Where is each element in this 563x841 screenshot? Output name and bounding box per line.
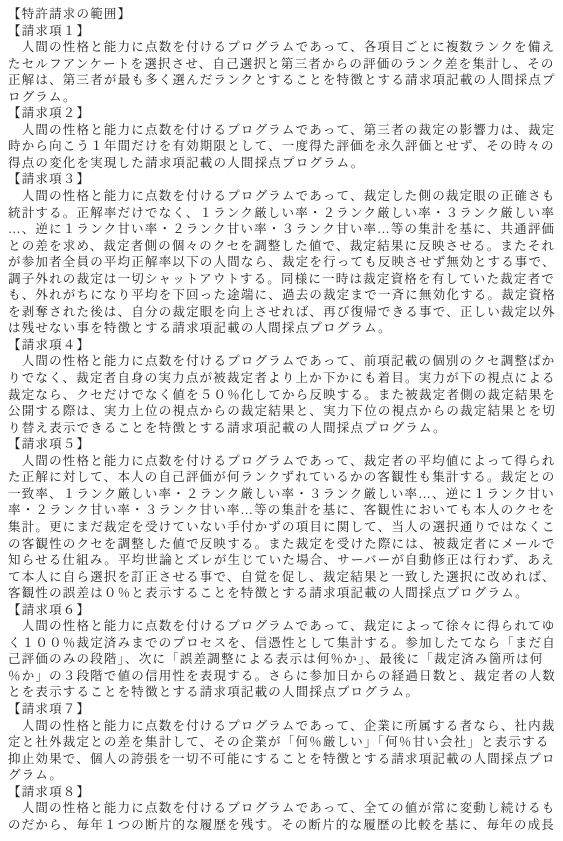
document-title: 【特許請求の範囲】 <box>8 6 556 23</box>
claim-body-line: たセルフアンケートを選択させ、自己選択と第三者からの評価のランク差を集計し、その <box>8 56 556 73</box>
claim-body-line: く１００％裁定済みまでのプロセスを、信憑性として集計する。参加したてなら「まだ自 <box>8 635 556 652</box>
claim-body-line: 集計。更にまだ裁定を受けていない手付かずの項目に関して、当人の選択通りではなくこ <box>8 519 556 536</box>
claim-body-line: 知らせる仕組み。平均世論とズレが生じていた場合、サーバーが自動修正は行わず、あえ <box>8 552 556 569</box>
claim-body-line: 人間の性格と能力に点数を付けるプログラムであって、裁定者の平均値によって得られ <box>8 453 556 470</box>
claim-body-line: 裁定なら、クセだけでなく値を５０％化してから反映する。また被裁定者側の裁定結果を <box>8 387 556 404</box>
claim-body-line: とを表示することを特徴とする請求項記載の人間採点プログラム。 <box>8 684 556 701</box>
claims-list: 【請求項１】 人間の性格と能力に点数を付けるプログラムであって、各項目ごとに複数… <box>8 23 556 834</box>
claim-body-line: は残せない事を特徴とする請求項記載の人間採点プログラム。 <box>8 320 556 337</box>
claim-body-line: り替え表示できることを特徴とする請求項記載の人間採点プログラム。 <box>8 420 556 437</box>
claim-body-line: 公開する際は、実力上位の視点からの裁定結果と、実力下位の視点からの裁定結果とを切 <box>8 403 556 420</box>
claim-body-line: 正解は、第三者が最も多く選んだランクとすることを特徴とする請求項記載の人間採点プ <box>8 72 556 89</box>
claim-body-line: ％か」の３段階で値の信用性を表現する。さらに参加日からの経過日数と、裁定者の人数 <box>8 668 556 685</box>
claim-body-line: のだから、毎年１つの断片的な履歴を残す。その断片的な履歴の比較を基に、毎年の成長 <box>8 817 556 834</box>
claim-body-line: た正解に対して、本人の自己評価が何ランクずれているかの客観性も集計する。裁定との <box>8 469 556 486</box>
claim-body-line: 得点の変化を実現した請求項記載の人間採点プログラム。 <box>8 155 556 172</box>
claim-heading: 【請求項８】 <box>8 784 556 801</box>
patent-claims-page: 【特許請求の範囲】 【請求項１】 人間の性格と能力に点数を付けるプログラムであっ… <box>0 0 563 841</box>
claim-body-line: 客観性の誤差は０％と表示することを特徴とする請求項記載の人間採点プログラム。 <box>8 585 556 602</box>
claim-body-line: 率・２ランク甘い率・３ランク甘い率…等の集計を基に、客観性においても本人のクセを <box>8 502 556 519</box>
claim-heading: 【請求項３】 <box>8 171 556 188</box>
claim-body-line: 調子外れの裁定は一切シャットアウトする。同様に一時は裁定資格を有していた裁定者で <box>8 271 556 288</box>
claim-body-line: 人間の性格と能力に点数を付けるプログラムであって、各項目ごとに複数ランクを備え <box>8 39 556 56</box>
claim-body-line: 人間の性格と能力に点数を付けるプログラムであって、全ての値が常に変動し続けるも <box>8 800 556 817</box>
claim-body-line: 統計する。正解率だけでなく、１ランク厳しい率・２ランク厳しい率・３ランク厳しい率 <box>8 205 556 222</box>
claim-heading: 【請求項５】 <box>8 436 556 453</box>
claim-body-line: を剥奪された後は、自分の裁定眼を向上させれば、再び復帰できる事で、正しい裁定以外 <box>8 304 556 321</box>
claim-heading: 【請求項７】 <box>8 701 556 718</box>
claim-heading: 【請求項４】 <box>8 337 556 354</box>
claim: 【請求項５】 人間の性格と能力に点数を付けるプログラムであって、裁定者の平均値に… <box>8 436 556 601</box>
claim-body-line: て本人に自ら選択を訂正させる事で、自覚を促し、裁定結果と一致した選択に改めれば、 <box>8 569 556 586</box>
claim-heading: 【請求項１】 <box>8 23 556 40</box>
claim-body-line: 己評価のみの段階」、次に「誤差調整による表示は何％か」、最後に「裁定済み箇所は何 <box>8 651 556 668</box>
claim-body-line: 人間の性格と能力に点数を付けるプログラムであって、裁定した側の裁定眼の正確さも <box>8 188 556 205</box>
claim-body-line: ログラム。 <box>8 89 556 106</box>
claim-body-line: 一致率、１ランク厳しい率・２ランク厳しい率・３ランク厳しい率…、逆に１ランク甘い <box>8 486 556 503</box>
claim: 【請求項３】 人間の性格と能力に点数を付けるプログラムであって、裁定した側の裁定… <box>8 171 556 336</box>
claim: 【請求項７】 人間の性格と能力に点数を付けるプログラムであって、企業に所属する者… <box>8 701 556 784</box>
claim: 【請求項２】 人間の性格と能力に点数を付けるプログラムであって、第三者の裁定の影… <box>8 105 556 171</box>
claim: 【請求項１】 人間の性格と能力に点数を付けるプログラムであって、各項目ごとに複数… <box>8 23 556 106</box>
claim-body-line: グラム。 <box>8 767 556 784</box>
claim-body-line: 人間の性格と能力に点数を付けるプログラムであって、前項記載の個別のクセ調整ばか <box>8 353 556 370</box>
claim-body-line: との差を求め、裁定者側の個々のクセを調整した値で、裁定結果に反映させる。またそれ <box>8 238 556 255</box>
claim: 【請求項６】 人間の性格と能力に点数を付けるプログラムであって、裁定によって徐々… <box>8 602 556 701</box>
claim-body-line: 抑止効果で、個人の誇張を一切不可能にすることを特徴とする請求項記載の人間採点プロ <box>8 751 556 768</box>
claim-body-line: 人間の性格と能力に点数を付けるプログラムであって、第三者の裁定の影響力は、裁定 <box>8 122 556 139</box>
claim-body-line: 人間の性格と能力に点数を付けるプログラムであって、企業に所属する者なら、社内裁 <box>8 718 556 735</box>
claim-body-line: …、逆に１ランク甘い率・２ランク甘い率・３ランク甘い率…等の集計を基に、共通評価 <box>8 221 556 238</box>
claim-body-line: が参加者全員の平均正解率以下の人間なら、裁定を行っても反映させず無効とする事で、 <box>8 254 556 271</box>
claim: 【請求項８】 人間の性格と能力に点数を付けるプログラムであって、全ての値が常に変… <box>8 784 556 834</box>
claim-body-line: りでなく、裁定者自身の実力点が被裁定者より上か下かにも着目。実力が下の視点による <box>8 370 556 387</box>
claim: 【請求項４】 人間の性格と能力に点数を付けるプログラムであって、前項記載の個別の… <box>8 337 556 436</box>
claim-body-line: 人間の性格と能力に点数を付けるプログラムであって、裁定によって徐々に得られてゆ <box>8 618 556 635</box>
claim-body-line: 時から向こう１年間だけを有効期限として、一度得た評価を永久評価とせず、その時々の <box>8 138 556 155</box>
claim-body-line: の客観性のクセを調整した値で反映する。また裁定を受けた際には、被裁定者にメールで <box>8 536 556 553</box>
claim-heading: 【請求項２】 <box>8 105 556 122</box>
claim-heading: 【請求項６】 <box>8 602 556 619</box>
claim-body-line: 定と社外裁定との差を集計して、その企業が「何％厳しい」「何％甘い会社」と表示する <box>8 734 556 751</box>
claim-body-line: も、外れがちになり平均を下回った途端に、過去の裁定まで一斉に無効化する。裁定資格 <box>8 287 556 304</box>
